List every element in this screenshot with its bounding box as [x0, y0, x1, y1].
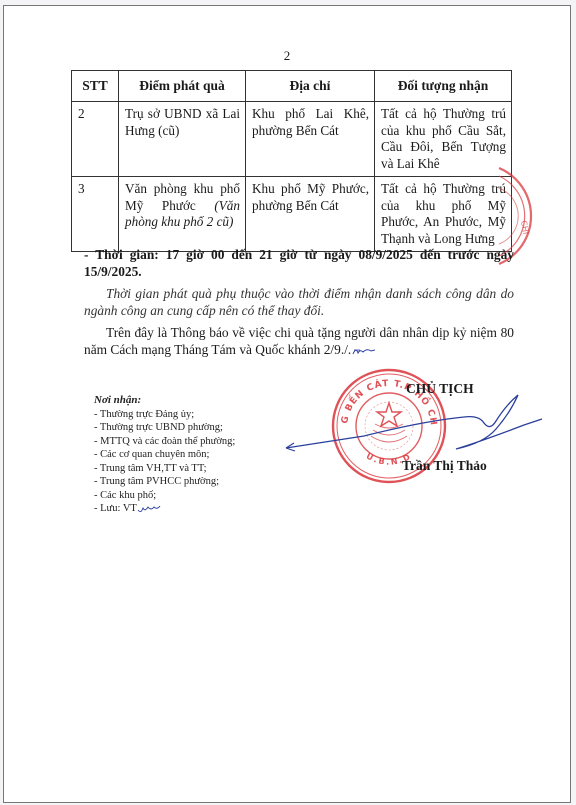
closing-paragraph: Trên đây là Thông báo về việc chi quà tặ…: [84, 324, 514, 358]
archive-text: - Lưu: VT: [94, 503, 137, 514]
time-paragraph: - Thời gian: 17 giờ 00 đến 21 giờ từ ngà…: [84, 246, 514, 280]
location-text: Trụ sở UBND xã Lai Hưng (cũ): [125, 106, 240, 138]
cell-location: Trụ sở UBND xã Lai Hưng (cũ): [119, 102, 246, 177]
closing-text: Trên đây là Thông báo về việc chi quà tặ…: [84, 325, 514, 357]
distribution-table: STT Điểm phát quà Địa chỉ Đối tượng nhận…: [71, 70, 512, 252]
cell-address: Khu phố Lai Khê, phường Bến Cát: [246, 102, 375, 177]
header-address: Địa chỉ: [246, 71, 375, 102]
note-paragraph: Thời gian phát quà phụ thuộc vào thời đi…: [84, 285, 514, 319]
initial-mark-icon: [137, 504, 161, 514]
recipients-list: Nơi nhận: - Thường trực Đảng ủy; - Thườn…: [94, 394, 235, 516]
recipient-item: - Thường trực Đảng ủy;: [94, 408, 235, 422]
recipient-item: - Trung tâm VH,TT và TT;: [94, 462, 235, 476]
document-page: 2 STT Điểm phát quà Địa chỉ Đối tượng nh…: [3, 5, 571, 803]
recipient-item: - Lưu: VT: [94, 502, 235, 516]
cell-location: Văn phòng khu phố Mỹ Phước (Văn phòng kh…: [119, 177, 246, 252]
recipient-item: - Các khu phố;: [94, 489, 235, 503]
table-row: 2 Trụ sở UBND xã Lai Hưng (cũ) Khu phố L…: [72, 102, 512, 177]
cell-address: Khu phố Mỹ Phước, phường Bến Cát: [246, 177, 375, 252]
recipients-title: Nơi nhận:: [94, 394, 235, 408]
initial-mark-icon: [351, 346, 377, 356]
cell-stt: 3: [72, 177, 119, 252]
signer-name: Trần Thị Thảo: [402, 458, 487, 474]
table-row: 3 Văn phòng khu phố Mỹ Phước (Văn phòng …: [72, 177, 512, 252]
recipient-item: - Các cơ quan chuyên môn;: [94, 448, 235, 462]
header-recipients: Đối tượng nhận: [375, 71, 512, 102]
recipient-item: - MTTQ và các đoàn thể phường;: [94, 435, 235, 449]
handwritten-signature-icon: [284, 391, 544, 461]
table-header-row: STT Điểm phát quà Địa chỉ Đối tượng nhận: [72, 71, 512, 102]
cell-stt: 2: [72, 102, 119, 177]
recipient-item: - Thường trực UBND phường;: [94, 421, 235, 435]
header-location: Điểm phát quà: [119, 71, 246, 102]
header-stt: STT: [72, 71, 119, 102]
page-number: 2: [4, 48, 570, 64]
recipient-item: - Trung tâm PVHCC phường;: [94, 475, 235, 489]
